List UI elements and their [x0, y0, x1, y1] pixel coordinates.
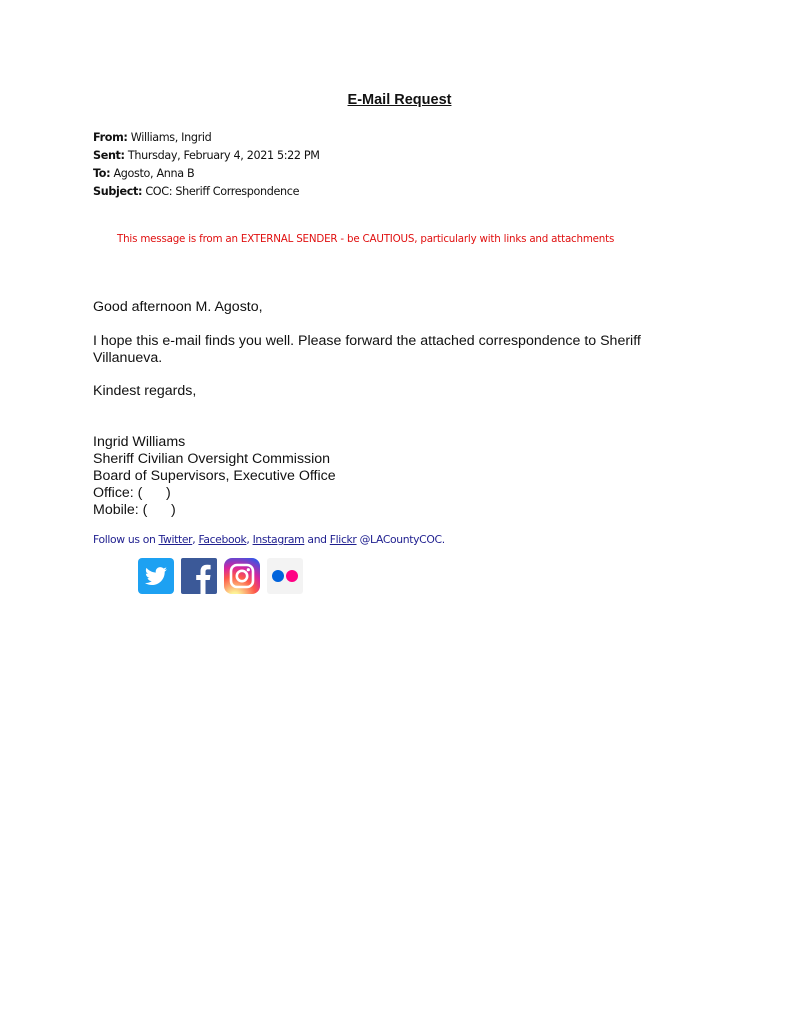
greeting: Good afternoon M. Agosto, — [93, 299, 673, 316]
facebook-icon[interactable] — [181, 558, 217, 594]
body-paragraph: I hope this e-mail finds you well. Pleas… — [93, 333, 673, 367]
instagram-icon[interactable] — [224, 558, 260, 594]
signature-department: Board of Supervisors, Executive Office — [93, 468, 336, 485]
flickr-icon[interactable] — [267, 558, 303, 594]
twitter-icon[interactable] — [138, 558, 174, 594]
separator: and — [304, 533, 329, 546]
signature-mobile-phone: Mobile: ( ) — [93, 502, 336, 519]
sent-label: Sent: — [93, 149, 125, 162]
signature-block: Ingrid Williams Sheriff Civilian Oversig… — [93, 434, 336, 519]
header-sent: Sent: Thursday, February 4, 2021 5:22 PM — [93, 147, 320, 165]
flickr-link[interactable]: Flickr — [330, 533, 357, 546]
subject-value: COC: Sheriff Correspondence — [145, 185, 299, 198]
signature-name: Ingrid Williams — [93, 434, 336, 451]
closing: Kindest regards, — [93, 383, 673, 400]
document-title-text: E-Mail Request — [348, 92, 452, 108]
header-from: From: Williams, Ingrid — [93, 129, 320, 147]
from-value: Williams, Ingrid — [131, 131, 212, 144]
instagram-link[interactable]: Instagram — [253, 533, 305, 546]
sent-value: Thursday, February 4, 2021 5:22 PM — [128, 149, 320, 162]
flickr-pink-dot — [286, 570, 298, 582]
from-label: From: — [93, 131, 128, 144]
email-headers: From: Williams, Ingrid Sent: Thursday, F… — [93, 129, 320, 201]
social-follow-line: Follow us on Twitter, Facebook, Instagra… — [93, 533, 445, 546]
signature-organization: Sheriff Civilian Oversight Commission — [93, 451, 336, 468]
social-handle: @LACountyCOC. — [357, 533, 445, 546]
social-icons — [138, 558, 303, 594]
flickr-blue-dot — [272, 570, 284, 582]
signature-office-phone: Office: ( ) — [93, 485, 336, 502]
follow-prefix: Follow us on — [93, 533, 159, 546]
document-title: E-Mail Request — [0, 92, 791, 108]
to-label: To: — [93, 167, 110, 180]
twitter-link[interactable]: Twitter — [159, 533, 193, 546]
header-to: To: Agosto, Anna B — [93, 165, 320, 183]
to-value: Agosto, Anna B — [113, 167, 194, 180]
header-subject: Subject: COC: Sheriff Correspondence — [93, 183, 320, 201]
facebook-link[interactable]: Facebook — [198, 533, 246, 546]
subject-label: Subject: — [93, 185, 142, 198]
email-body: Good afternoon M. Agosto, I hope this e-… — [93, 299, 673, 400]
external-sender-warning: This message is from an EXTERNAL SENDER … — [117, 233, 614, 245]
